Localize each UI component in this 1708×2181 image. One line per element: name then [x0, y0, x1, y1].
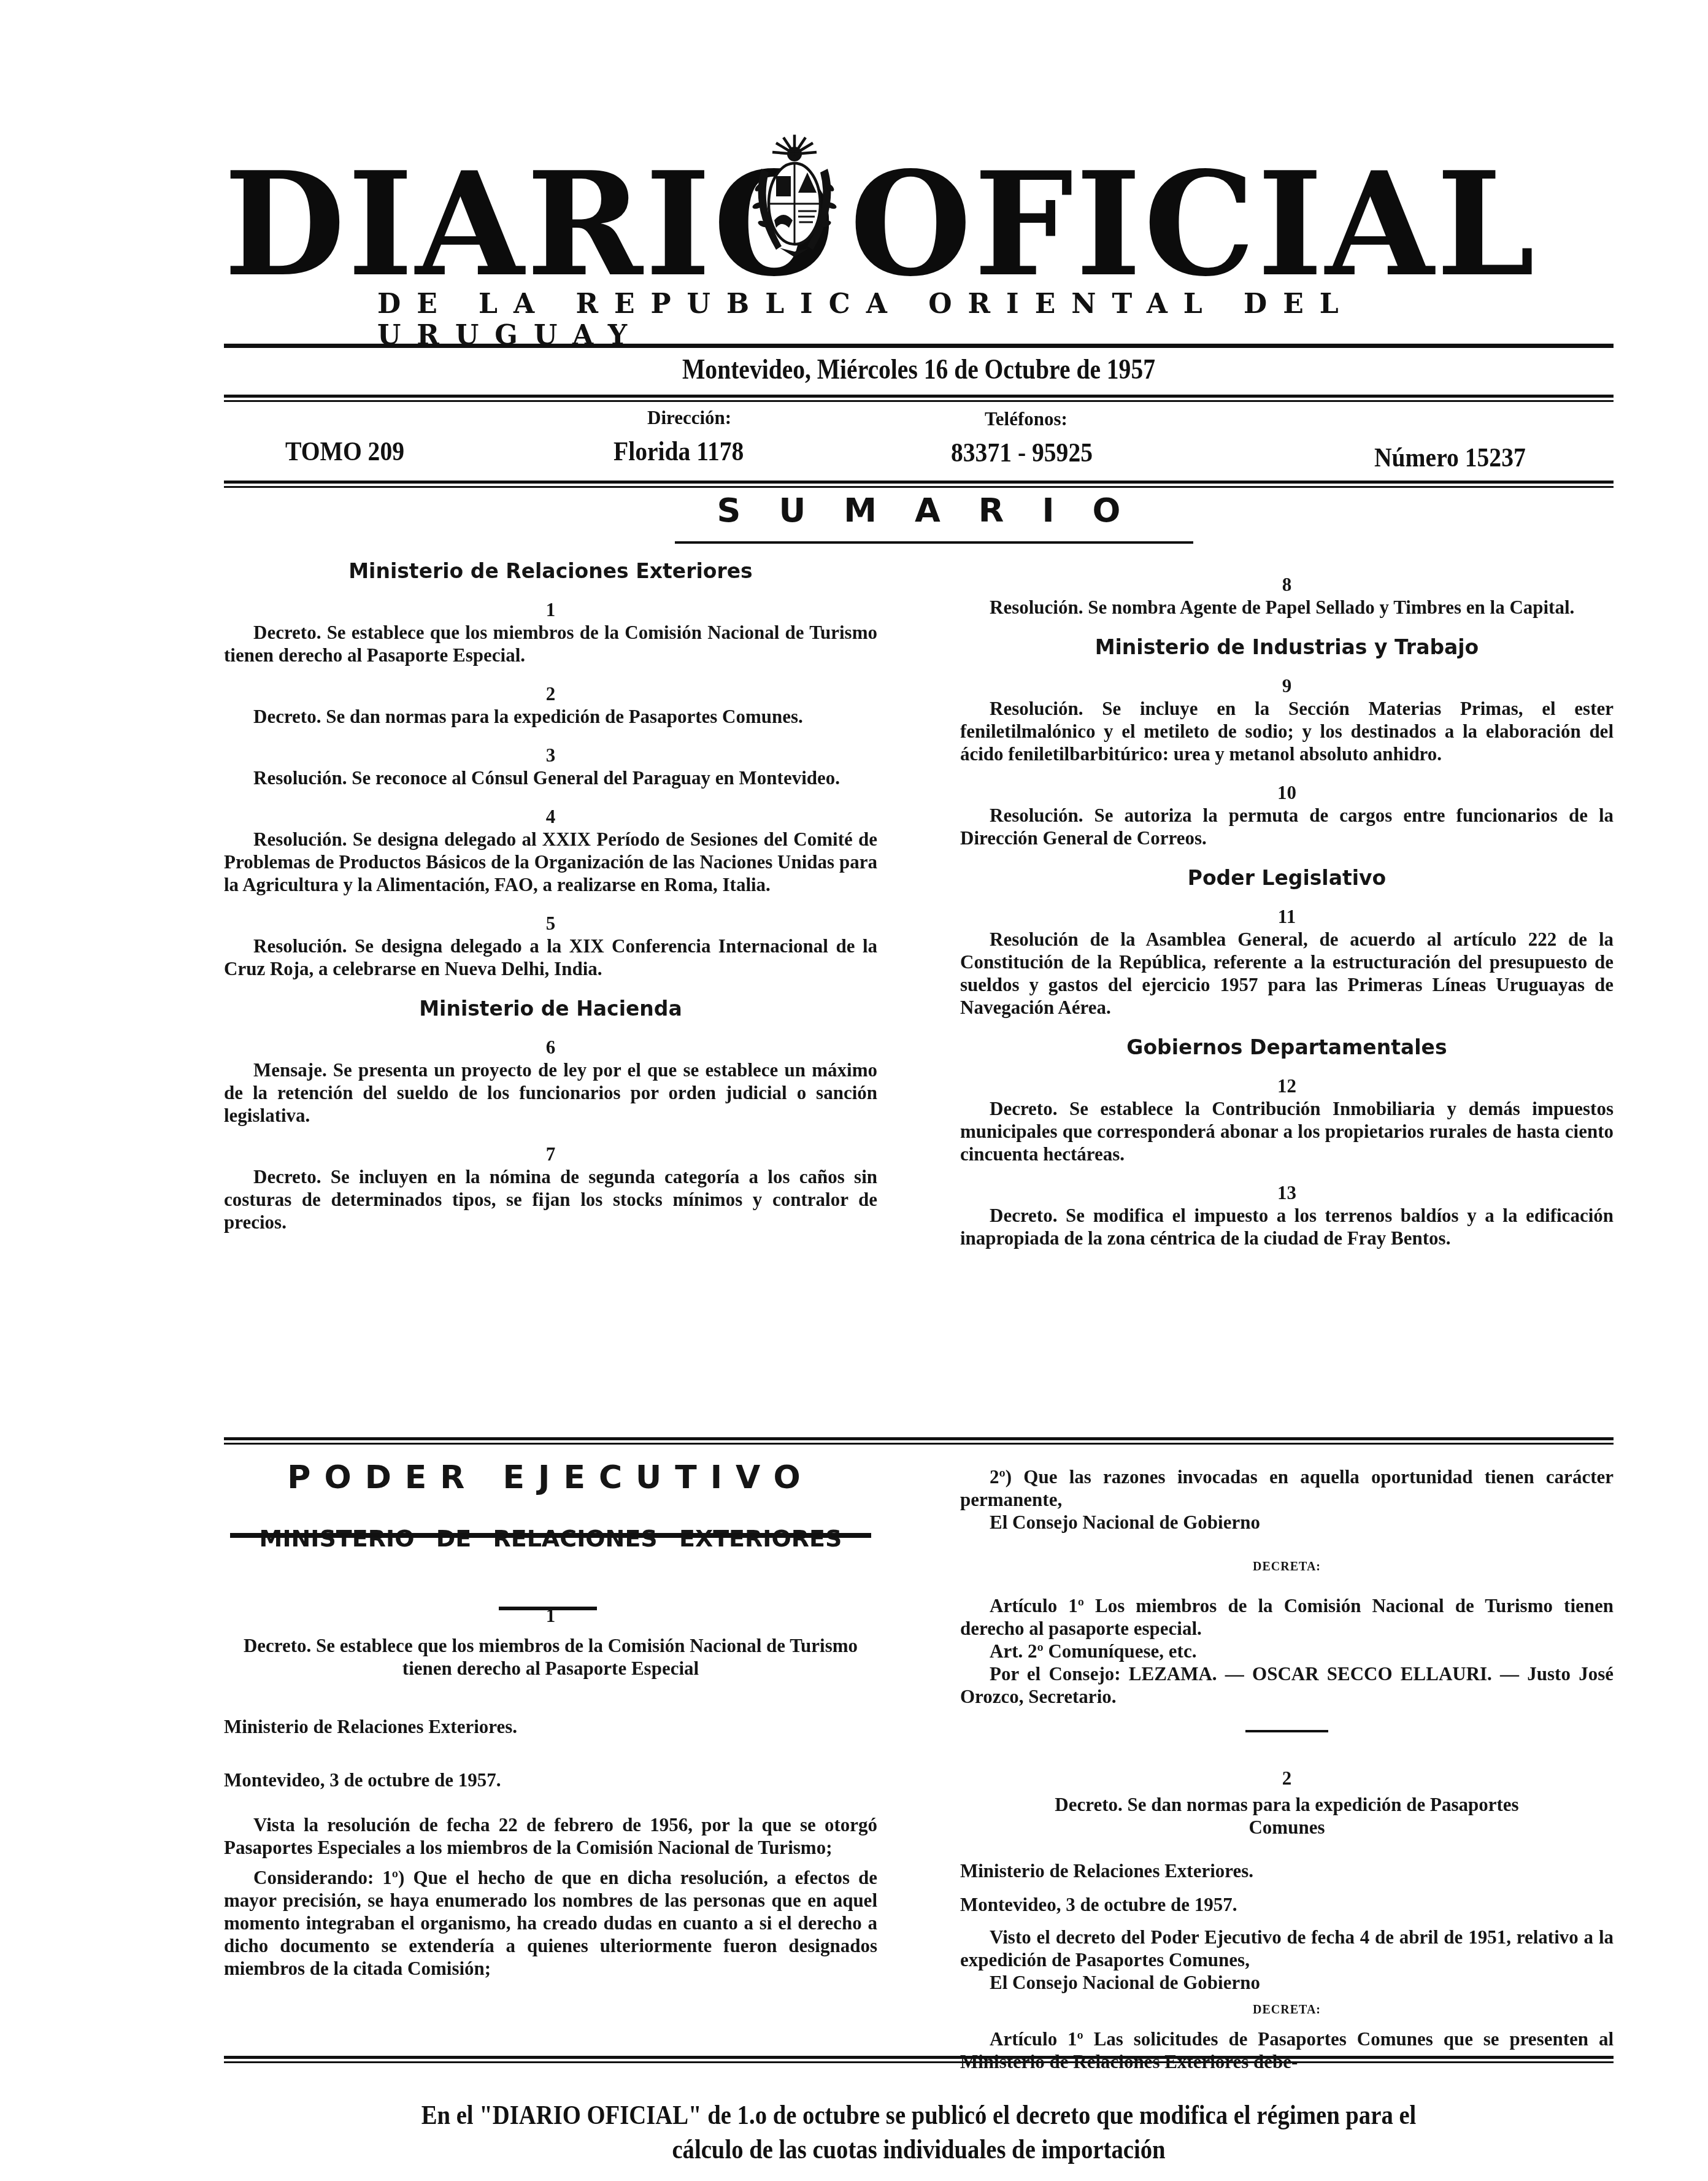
dateline: Montevideo, Miércoles 16 de Octubre de 1…: [321, 353, 1517, 385]
masthead-subtitle: DE LA REPUBLICA ORIENTAL DEL URUGUAY: [377, 288, 1614, 351]
sumario-item: Mensaje. Se presenta un proyecto de ley …: [224, 1059, 877, 1127]
masthead: DIARIO: [224, 153, 1614, 295]
section-title-rule: [230, 1533, 871, 1538]
sumario-item-number: 1: [224, 598, 877, 621]
sumario-item: Decreto. Se incluyen en la nómina de seg…: [224, 1165, 877, 1233]
decree-2-article-1: Artículo 1º Las solicitudes de Pasaporte…: [960, 2028, 1614, 2073]
masthead-title-right: OFICIAL: [850, 152, 1537, 296]
sumario-item: Resolución. Se nombra Agente de Papel Se…: [960, 596, 1614, 619]
sumario-item-number: 5: [224, 912, 877, 935]
masthead-rule: [224, 344, 1614, 348]
body-right-column: 2º) Que las razones invocadas en aquella…: [960, 1465, 1614, 2073]
sumario-item-number: 12: [960, 1075, 1614, 1097]
sumario-item: Resolución. Se incluye en la Sección Mat…: [960, 697, 1614, 765]
decree-2-ministry: Ministerio de Relaciones Exteriores.: [960, 1859, 1614, 1882]
sumario-item: Decreto. Se establece que los miembros d…: [224, 621, 877, 666]
decree-ministry: Ministerio de Relaciones Exteriores.: [224, 1715, 877, 1738]
decree-consejo: El Consejo Nacional de Gobierno: [960, 1511, 1614, 1534]
sumario-item-number: 9: [960, 674, 1614, 697]
coat-of-arms-icon: [748, 132, 841, 261]
decree-signatures: Por el Consejo: LEZAMA. — OSCAR SECCO EL…: [960, 1662, 1614, 1708]
direccion-value: Florida 1178: [614, 436, 744, 467]
decree-date: Montevideo, 3 de octubre de 1957.: [224, 1769, 877, 1791]
sumario-rule: [675, 541, 1193, 544]
decree-article-1: Artículo 1º Los miembros de la Comisión …: [960, 1594, 1614, 1640]
sumario-item-number: 4: [224, 805, 877, 828]
sumario-section-heading: Ministerio de Industrias y Trabajo: [960, 636, 1614, 658]
info-rule-top: [224, 395, 1614, 402]
sumario-item: Resolución. Se reconoce al Cónsul Genera…: [224, 766, 877, 789]
sumario-item: Resolución. Se designa delegado al XXIX …: [224, 828, 877, 896]
decree-2-date: Montevideo, 3 de octubre de 1957.: [960, 1893, 1614, 1916]
decree-considerando: Considerando: 1º) Que el hecho de que en…: [224, 1866, 877, 1980]
footer-note-line-1: En el "DIARIO OFICIAL" de 1.o de octubre…: [321, 2098, 1517, 2132]
sumario-right-column: 8Resolución. Se nombra Agente de Papel S…: [960, 565, 1614, 1265]
sumario-item: Decreto. Se modifica el impuesto a los t…: [960, 1204, 1614, 1249]
footer-rule: [224, 2056, 1614, 2063]
tomo-label: TOMO 209: [285, 436, 404, 467]
masthead-title-left: DIARIO: [224, 152, 837, 296]
sumario-rule-bottom: [224, 1437, 1614, 1445]
sumario-item-number: 10: [960, 781, 1614, 804]
sumario-left-column: Ministerio de Relaciones Exteriores1Decr…: [224, 560, 877, 1249]
decree-2-consejo: El Consejo Nacional de Gobierno: [960, 1971, 1614, 1994]
sumario-item-number: 7: [224, 1143, 877, 1165]
decree-vista: Vista la resolución de fecha 22 de febre…: [224, 1813, 877, 1859]
direccion-label: Dirección:: [647, 407, 731, 429]
telefonos-value: 83371 - 95925: [951, 437, 1093, 468]
decree-separator: [1245, 1730, 1328, 1732]
section-title-poder-ejecutivo: PODER EJECUTIVO: [224, 1467, 877, 1489]
sumario-item-number: 13: [960, 1181, 1614, 1204]
sumario-item-number: 11: [960, 905, 1614, 928]
decree-considerando-2: 2º) Que las razones invocadas en aquella…: [960, 1465, 1614, 1511]
decree-2-number: 2: [960, 1767, 1614, 1789]
decree-2-decreta: DECRETA:: [960, 1999, 1614, 2021]
ministry-rule: [499, 1607, 597, 1610]
decree-2-visto: Visto el decreto del Poder Ejecutivo de …: [960, 1926, 1614, 1971]
footer-note: En el "DIARIO OFICIAL" de 1.o de octubre…: [224, 2098, 1614, 2166]
sumario-item: Decreto. Se establece la Contribución In…: [960, 1097, 1614, 1165]
sumario-title: SUMARIO: [224, 491, 1614, 530]
decree-article-2: Art. 2º Comuníquese, etc.: [960, 1640, 1614, 1662]
sumario-item: Resolución. Se designa delegado a la XIX…: [224, 935, 877, 980]
ministry-title: MINISTERIO DE RELACIONES EXTERIORES: [224, 1527, 877, 1550]
body-left-column: PODER EJECUTIVO MINISTERIO DE RELACIONES…: [224, 1467, 877, 1980]
numero-value: Número 15237: [1374, 442, 1526, 473]
telefonos-label: Teléfonos:: [985, 408, 1067, 430]
sumario-item: Resolución. Se autoriza la permuta de ca…: [960, 804, 1614, 849]
sumario-section-heading: Gobiernos Departamentales: [960, 1036, 1614, 1059]
sumario-section-heading: Poder Legislativo: [960, 867, 1614, 889]
footer-note-line-2: cálculo de las cuotas individuales de im…: [321, 2132, 1517, 2166]
sumario-item-number: 8: [960, 573, 1614, 596]
sumario-section-heading: Ministerio de Relaciones Exteriores: [224, 560, 877, 582]
sumario-item: Decreto. Se dan normas para la expedició…: [224, 705, 877, 728]
sumario-item-number: 2: [224, 682, 877, 705]
sumario-item: Resolución de la Asamblea General, de ac…: [960, 928, 1614, 1019]
sumario-item-number: 6: [224, 1036, 877, 1059]
info-rule-bottom: [224, 481, 1614, 488]
decree-2-heading: Decreto. Se dan normas para la expedició…: [1028, 1793, 1546, 1839]
decree-decreta: DECRETA:: [960, 1556, 1614, 1578]
decree-heading: Decreto. Se establece que los miembros d…: [224, 1634, 877, 1680]
sumario-section-heading: Ministerio de Hacienda: [224, 997, 877, 1020]
sumario-item-number: 3: [224, 744, 877, 766]
